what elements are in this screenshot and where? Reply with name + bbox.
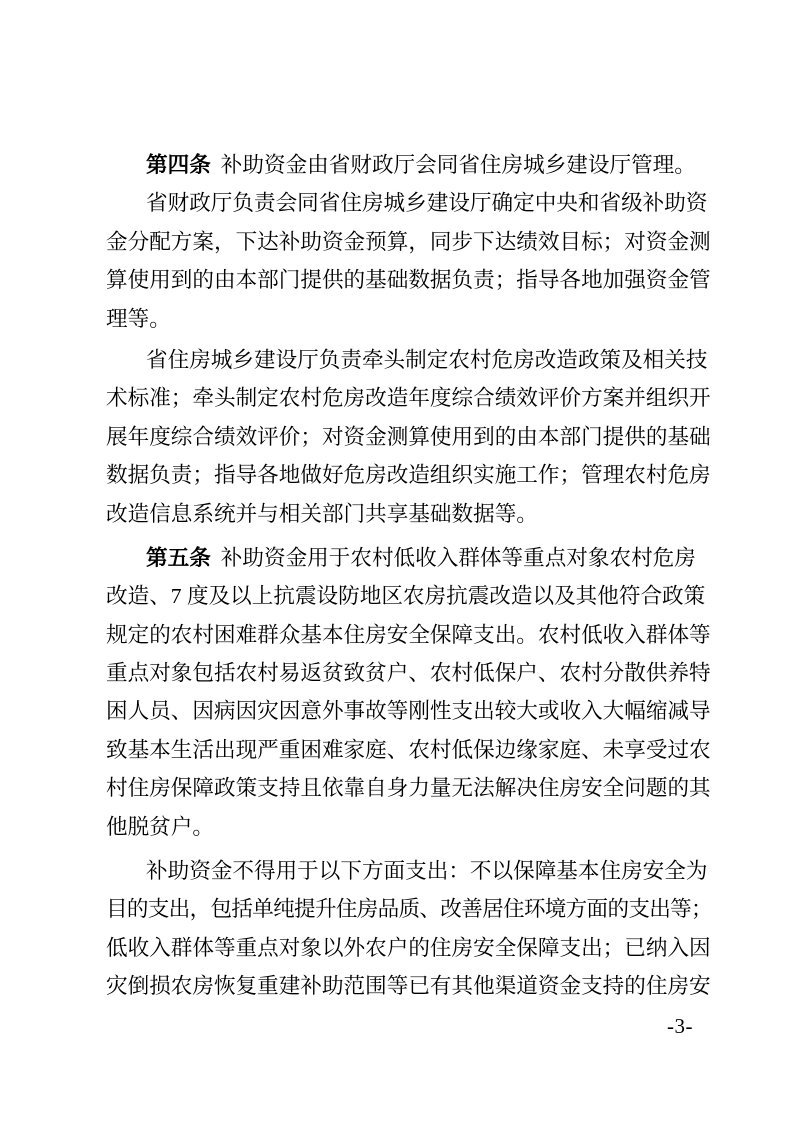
text-line: 第四条补助资金由省财政厅会同省住房城乡建设厅管理。: [106, 146, 718, 184]
text-run: 改造信息系统并与相关部门共享基础数据等。: [106, 502, 538, 526]
text-run: 目的支出，包括单纯提升住房品质、改善居住环境方面的支出等；: [106, 897, 712, 921]
text-line: 规定的农村困难群众基本住房安全保障支出。农村低收入群体等: [106, 616, 718, 654]
text-run: 金分配方案，下达补助资金预算，同步下达绩效目标；对资金测: [106, 230, 711, 254]
text-run: 补助资金由省财政厅会同省住房城乡建设厅管理。: [221, 153, 696, 177]
text-line: 省住房城乡建设厅负责牵头制定农村危房改造政策及相关技: [106, 341, 718, 379]
text-run: 算使用到的由本部门提供的基础数据负责；指导各地加强资金管: [106, 268, 711, 292]
text-line: 省财政厅负责会同省住房城乡建设厅确定中央和省级补助资: [106, 184, 718, 222]
text-line: 第五条补助资金用于农村低收入群体等重点对象农村危房: [106, 539, 718, 577]
text-line: 致基本生活出现严重困难家庭、农村低保边缘家庭、未享受过农: [106, 731, 718, 769]
text-run: 重点对象包括农村易返贫致贫户、农村低保户、农村分散供养特: [106, 661, 711, 685]
text-run: 补助资金用于农村低收入群体等重点对象农村危房: [221, 546, 696, 570]
text-line: 补助资金不得用于以下方面支出：不以保障基本住房安全为: [106, 852, 718, 890]
text-line: 算使用到的由本部门提供的基础数据负责；指导各地加强资金管: [106, 261, 718, 299]
text-line: 困人员、因病因灾因意外事故等刚性支出较大或收入大幅缩减导: [106, 692, 718, 730]
text-line: 理等。: [106, 300, 718, 338]
article-4-heading: 第四条: [146, 152, 211, 177]
text-run: 展年度综合绩效评价；对资金测算使用到的由本部门提供的基础: [106, 425, 711, 449]
text-run: 数据负责；指导各地做好危房改造组织实施工作；管理农村危房: [106, 463, 711, 487]
text-run: 灾倒损农房恢复重建补助范围等已有其他渠道资金支持的住房安: [106, 974, 711, 998]
text-run: 省住房城乡建设厅负责牵头制定农村危房改造政策及相关技: [146, 348, 707, 372]
article-5-heading: 第五条: [146, 545, 211, 570]
text-run: 省财政厅负责会同省住房城乡建设厅确定中央和省级补助资: [146, 191, 707, 215]
document-page: 第四条补助资金由省财政厅会同省住房城乡建设厅管理。 省财政厅负责会同省住房城乡建…: [0, 0, 793, 1122]
text-run: 规定的农村困难群众基本住房安全保障支出。农村低收入群体等: [106, 623, 711, 647]
text-line: 他脱贫户。: [106, 808, 718, 846]
text-line: 金分配方案，下达补助资金预算，同步下达绩效目标；对资金测: [106, 223, 718, 261]
text-run: 致基本生活出现严重困难家庭、农村低保边缘家庭、未享受过农: [106, 738, 711, 762]
text-line: 改造信息系统并与相关部门共享基础数据等。: [106, 495, 718, 533]
text-line: 展年度综合绩效评价；对资金测算使用到的由本部门提供的基础: [106, 418, 718, 456]
document-body: 第四条补助资金由省财政厅会同省住房城乡建设厅管理。 省财政厅负责会同省住房城乡建…: [106, 146, 718, 1006]
text-run: 村住房保障政策支持且依靠自身力量无法解决住房安全问题的其: [106, 776, 711, 800]
text-run: 理等。: [106, 307, 171, 331]
text-run: 他脱贫户。: [106, 815, 214, 839]
text-run: 补助资金不得用于以下方面支出：不以保障基本住房安全为: [146, 859, 707, 883]
text-run: 术标准；牵头制定农村危房改造年度综合绩效评价方案并组织开: [106, 386, 711, 410]
text-line: 目的支出，包括单纯提升住房品质、改善居住环境方面的支出等；: [106, 890, 718, 928]
text-run: 低收入群体等重点对象以外农户的住房安全保障支出；已纳入因: [106, 936, 711, 960]
text-line: 术标准；牵头制定农村危房改造年度综合绩效评价方案并组织开: [106, 379, 718, 417]
text-line: 村住房保障政策支持且依靠自身力量无法解决住房安全问题的其: [106, 769, 718, 807]
text-line: 重点对象包括农村易返贫致贫户、农村低保户、农村分散供养特: [106, 654, 718, 692]
text-line: 改造、7 度及以上抗震设防地区农房抗震改造以及其他符合政策: [106, 577, 718, 615]
text-line: 灾倒损农房恢复重建补助范围等已有其他渠道资金支持的住房安: [106, 967, 718, 1005]
text-run: 改造、7 度及以上抗震设防地区农房抗震改造以及其他符合政策: [106, 584, 705, 608]
text-line: 数据负责；指导各地做好危房改造组织实施工作；管理农村危房: [106, 456, 718, 494]
page-number: -3-: [667, 1014, 693, 1038]
text-line: 低收入群体等重点对象以外农户的住房安全保障支出；已纳入因: [106, 929, 718, 967]
text-run: 困人员、因病因灾因意外事故等刚性支出较大或收入大幅缩减导: [106, 699, 711, 723]
